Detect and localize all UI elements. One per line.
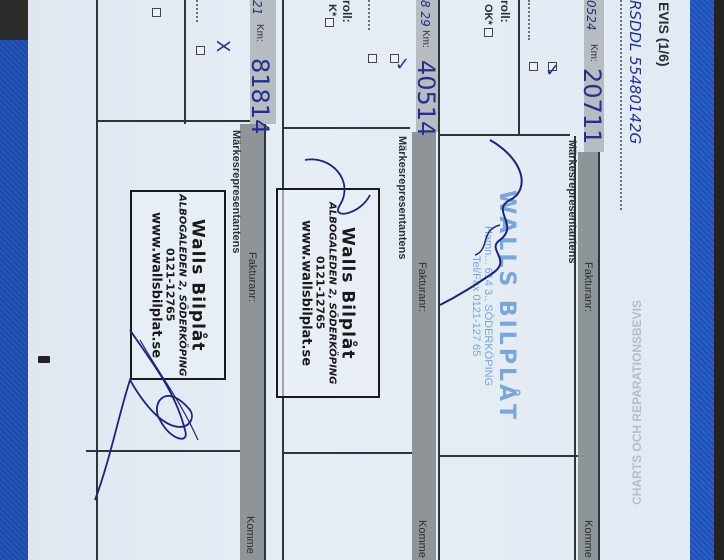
invoice-label: Fakturanr: bbox=[416, 262, 428, 312]
dotted-line bbox=[196, 0, 198, 22]
km-value: 20711 bbox=[578, 68, 606, 144]
brand-rep-label: Märkesrepresentantens bbox=[230, 130, 242, 254]
checkbox[interactable] bbox=[368, 54, 377, 63]
check-mark: X bbox=[212, 40, 233, 52]
km-value: 81814 bbox=[246, 58, 274, 134]
invoice-label: Fakturanr: bbox=[246, 252, 258, 302]
km-label: Km: bbox=[588, 44, 599, 62]
grid-line bbox=[282, 452, 412, 454]
stamp-name: WALLS BILPLÅT bbox=[494, 190, 519, 422]
grid-line bbox=[184, 0, 186, 124]
km-label: Km: bbox=[420, 30, 431, 48]
comment-label: Komme bbox=[416, 520, 428, 558]
checkbox[interactable] bbox=[484, 28, 493, 37]
stamp-address: Hamn... 614 3.. SÖDERKÖPING bbox=[482, 226, 494, 386]
control-label: roll: bbox=[340, 0, 354, 23]
stamp-phone: Tel/Fax 0121-127 65 bbox=[470, 256, 482, 356]
checkbox[interactable] bbox=[196, 46, 205, 55]
date-fragment: 0524 bbox=[584, 0, 598, 31]
dotted-line bbox=[368, 0, 370, 30]
check-mark: ✓ bbox=[542, 60, 563, 81]
stamp-name: Walls Bilplåt bbox=[188, 219, 208, 352]
background-dark-right bbox=[714, 0, 724, 560]
comment-label: Komme bbox=[582, 520, 594, 558]
blue-binder-right bbox=[686, 0, 714, 560]
brand-rep-label: Märkesrepresentantens bbox=[396, 136, 408, 260]
ok-label: K* bbox=[326, 4, 338, 16]
stamp-phone: 0121-12765 bbox=[314, 256, 327, 329]
invoice-band-middle bbox=[412, 132, 436, 560]
grid-line bbox=[264, 124, 266, 560]
checkbox[interactable] bbox=[152, 8, 161, 17]
stamp-website: www.wallsbilplat.se bbox=[149, 212, 164, 358]
stamp-black-box: Walls Bilplåt ALBOGALEDEN 2, SÖDERKÖPING… bbox=[276, 188, 380, 398]
binder-hole bbox=[38, 356, 50, 363]
grid-line bbox=[518, 0, 520, 136]
checkbox[interactable] bbox=[325, 18, 334, 27]
invoice-band-right bbox=[578, 152, 598, 560]
vin-handwritten: RSDDL 55480142G bbox=[626, 0, 644, 144]
checkbox[interactable] bbox=[529, 62, 538, 71]
dotted-line bbox=[528, 0, 530, 40]
stamp-website: www.wallsbilplat.se bbox=[299, 220, 314, 366]
km-label: Km: bbox=[254, 24, 265, 42]
check-mark: ✓ bbox=[392, 54, 413, 75]
grid-line bbox=[86, 450, 266, 452]
grid-line bbox=[438, 455, 578, 457]
km-value: 40514 bbox=[412, 60, 440, 136]
brand-rep-label: Märkesrepresentantens bbox=[566, 140, 578, 264]
reversed-header-text: CHARTS OCH REPARATIONSBEVIS bbox=[630, 300, 644, 505]
page-title: EVIS (1/6) bbox=[656, 2, 672, 67]
stamp-address: ALBOGALEDEN 2, SÖDERKÖPING bbox=[177, 194, 188, 376]
grid-line bbox=[96, 120, 254, 122]
invoice-band-left bbox=[240, 124, 264, 560]
stamp-phone: 0121-12765 bbox=[164, 248, 177, 321]
ok-label: OK* bbox=[482, 4, 494, 25]
invoice-label: Fakturanr: bbox=[582, 262, 594, 312]
date-fragment: 21 bbox=[250, 0, 264, 15]
stamp-address: ALBOGALEDEN 2, SÖDERKÖPING bbox=[327, 202, 338, 384]
stamp-name: Walls Bilplåt bbox=[338, 227, 358, 360]
grid-line bbox=[438, 134, 570, 136]
grid-line bbox=[96, 0, 98, 560]
stamp-black-box: Walls Bilplåt ALBOGALEDEN 2, SÖDERKÖPING… bbox=[130, 190, 226, 380]
control-label: roll: bbox=[498, 0, 512, 23]
comment-label: Komme bbox=[244, 516, 256, 554]
vin-dotted-line bbox=[620, 0, 622, 210]
grid-line bbox=[282, 127, 410, 129]
stamp-faded: WALLS BILPLÅT Hamn... 614 3.. SÖDERKÖPIN… bbox=[470, 190, 519, 422]
date-fragment: 8 29 bbox=[418, 0, 432, 27]
